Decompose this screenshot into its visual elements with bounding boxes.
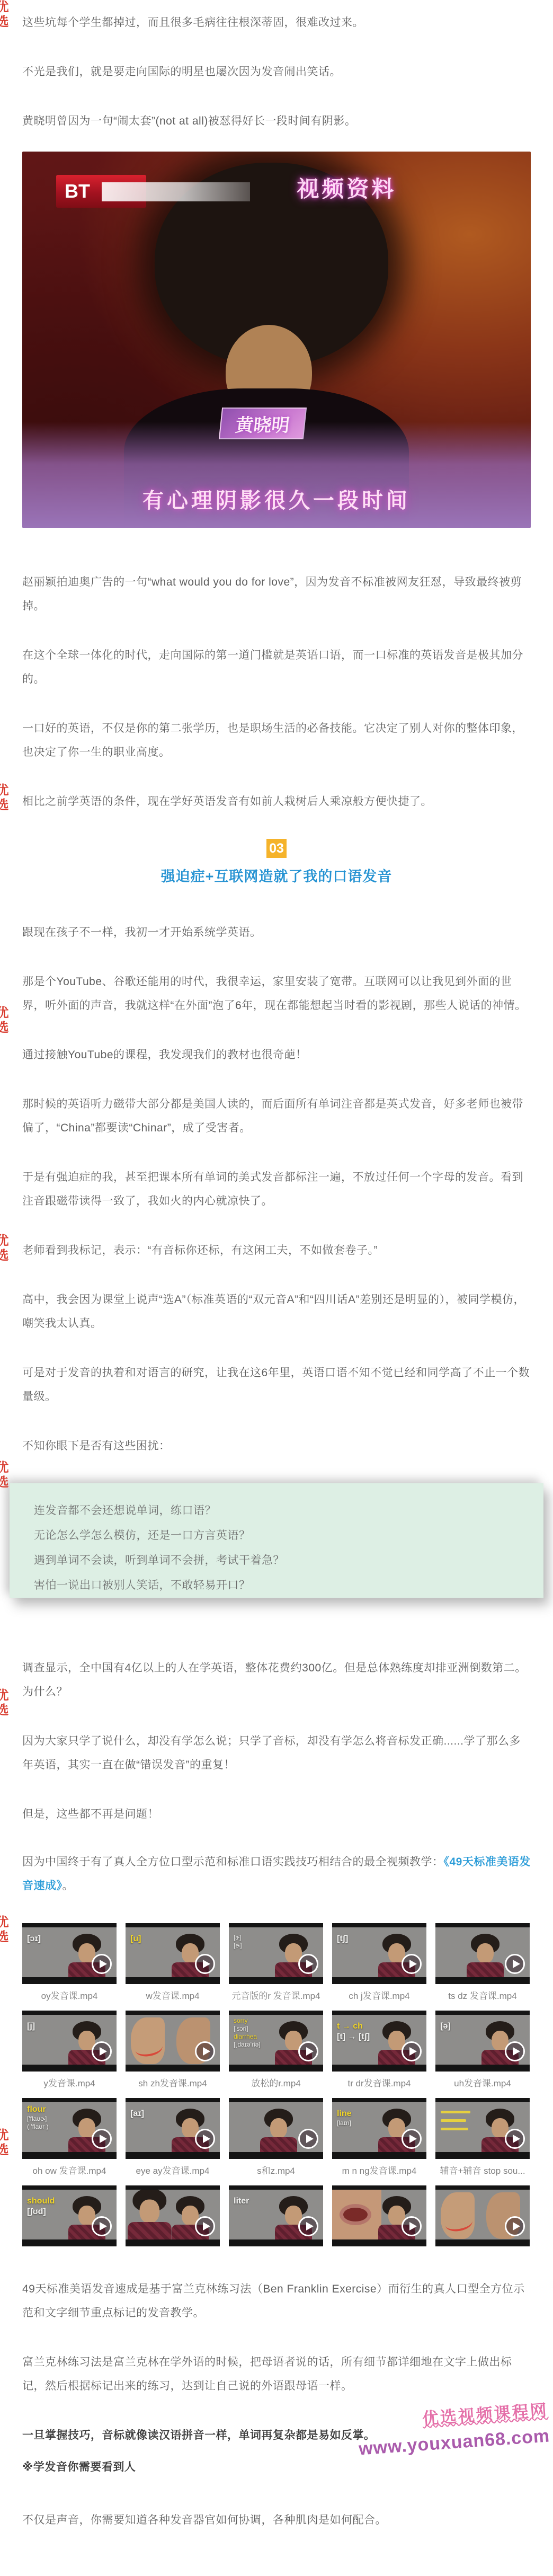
video-grid: [ɔɪ] oy发音课.mp4 [u] w发音课.mp4 <box>22 1923 531 2246</box>
thumb-caption: m n ng发音课.mp4 <box>332 2163 426 2179</box>
speaker-figure <box>128 2190 172 2239</box>
paragraph: 老师看到我标记，表示：“有音标你还标，有这闲工夫，不如做套卷子。” <box>22 1238 531 1262</box>
paragraph: ※学发音你需要看到人 <box>22 2455 531 2479</box>
grid-row: [j] y发音课.mp4 sh zh发音课.mp4 sorry['sɔr <box>22 2011 531 2092</box>
paragraph: 不光是我们，就是要走向国际的明星也屡次因为发音闹出笑话。 <box>22 60 531 84</box>
paragraph: 一口好的英语，不仅是你的第二张学历，也是职场生活的必备技能。它决定了别人对你的整… <box>22 716 531 764</box>
video-thumb[interactable]: [u] <box>126 1923 220 1984</box>
video-thumb-cell: t → ch[t] → [tʃ] tr dr发音课.mp4 <box>332 2011 426 2092</box>
video-thumb-cell: line[laɪn] m n ng发音课.mp4 <box>332 2098 426 2179</box>
phonetic-overlay: should[ʃʊd] <box>27 2196 55 2217</box>
paragraph: 因为大家只学了说什么，却没有学怎么说；只学了音标，却没有学怎么将音标发正确...… <box>22 1729 531 1777</box>
video-thumb-cell: sorry['sɔri]diarrhea[ˌdaɪə'riə] 放松的r.mp4 <box>229 2011 323 2092</box>
edge-watermark-fragment: 优选 <box>0 0 10 30</box>
phonetic-overlay: [tʃ] <box>337 1934 348 1944</box>
video-source-tag: 视频资料 <box>297 172 396 203</box>
video-thumb[interactable] <box>435 1923 530 1984</box>
video-thumb-cell: liter <box>229 2185 323 2246</box>
video-thumb[interactable] <box>435 2098 530 2159</box>
paragraph: 调查显示，全中国有4亿以上的人在学英语，整体花费约300亿。但是总体熟练度却排亚… <box>22 1656 531 1704</box>
channel-badge-strip <box>102 182 250 201</box>
paragraph: 但是，这些都不再是问题！ <box>22 1802 531 1826</box>
grid-row: [ɔɪ] oy发音课.mp4 [u] w发音课.mp4 <box>22 1923 531 2004</box>
paragraph: 49天标准美语发音速成是基于富兰克林练习法（Ben Franklin Exerc… <box>22 2277 531 2325</box>
play-icon <box>195 2216 215 2236</box>
edge-watermark-fragment: 优选 <box>0 1915 10 1945</box>
play-icon <box>402 2216 422 2236</box>
thumb-caption: eye ay发音课.mp4 <box>126 2163 220 2179</box>
video-thumb[interactable] <box>229 2098 323 2159</box>
video-thumb-cell <box>332 2185 426 2246</box>
thumb-caption: ts dz 发音课.mp4 <box>435 1988 530 2004</box>
thumb-caption: 辅音+辅音 stop sou... <box>435 2163 530 2179</box>
thumb-caption: 放松的r.mp4 <box>229 2076 323 2092</box>
pain-points-box: 连发音都不会还想说单词，练口语？ 无论怎么学怎么模仿，还是一口方言英语？ 遇到单… <box>10 1483 543 1598</box>
thumb-caption: w发音课.mp4 <box>126 1988 220 2004</box>
play-icon <box>92 2129 112 2149</box>
grid-row: should[ʃʊd] liter <box>22 2185 531 2246</box>
paragraph: 不仅是声音，你需要知道各种发音器官如何协调，各种肌肉是如何配合。 <box>22 2508 531 2532</box>
edge-watermark-fragment: 优选 <box>0 783 10 813</box>
video-thumb[interactable]: t → ch[t] → [tʃ] <box>332 2011 426 2072</box>
video-thumb-cell <box>126 2185 220 2246</box>
phonetic-overlay: [ɔɪ] <box>27 1934 41 1944</box>
paragraph: 通过接触YouTube的课程，我发现我们的教材也很奇葩！ <box>22 1043 531 1067</box>
video-thumb[interactable]: sorry['sɔri]diarrhea[ˌdaɪə'riə] <box>229 2011 323 2072</box>
video-thumb-cell: [ɔɪ] oy发音课.mp4 <box>22 1923 117 2004</box>
video-thumb[interactable]: flour['flaʊɚ]( 'flaʊr ) <box>22 2098 117 2159</box>
play-icon <box>402 1954 422 1974</box>
note-line <box>441 2128 468 2130</box>
video-thumb[interactable] <box>126 2011 220 2072</box>
play-icon <box>298 1954 318 1974</box>
play-icon <box>505 2041 525 2061</box>
phonetic-overlay: line[laɪn] <box>337 2109 352 2127</box>
video-thumb-cell: 辅音+辅音 stop sou... <box>435 2098 530 2179</box>
video-thumb-cell: sh zh发音课.mp4 <box>126 2011 220 2092</box>
thumb-caption: 元音版的r 发音课.mp4 <box>229 1988 323 2004</box>
play-icon <box>298 2041 318 2061</box>
lips <box>343 2208 368 2221</box>
play-icon <box>92 2041 112 2061</box>
note-line <box>441 2119 466 2122</box>
video-thumb[interactable]: [aɪ] <box>126 2098 220 2159</box>
thumb-caption: uh发音课.mp4 <box>435 2076 530 2092</box>
video-thumb-cell: should[ʃʊd] <box>22 2185 117 2246</box>
play-icon <box>505 2216 525 2236</box>
paragraph: 赵丽颖拍迪奥广告的一句“what would you do for love”，… <box>22 570 531 618</box>
paragraph: 可是对于发音的执着和对语言的研究，让我在这6年里，英语口语不知不觉已经和同学高了… <box>22 1361 531 1409</box>
phonetic-overlay: [aɪ] <box>130 2109 144 2119</box>
paragraph: 因为中国终于有了真人全方位口型示范和标准口语实践技巧相结合的最全视频教学：《49… <box>22 1850 531 1898</box>
video-thumb[interactable]: [tʃ] <box>332 1923 426 1984</box>
pain-point-line: 遇到单词不会读，听到单词不会拼，考试干着急？ <box>34 1548 528 1573</box>
phonetic-overlay: liter <box>234 2196 249 2207</box>
speaker-figure <box>467 1934 504 1977</box>
edge-watermark-fragment: 优选 <box>0 1460 10 1490</box>
paragraph: 那是个YouTube、谷歌还能用的时代，我很幸运，家里安装了宽带。互联网可以让我… <box>22 970 531 1017</box>
play-icon <box>195 2041 215 2061</box>
pain-point-line: 连发音都不会还想说单词，练口语？ <box>34 1498 528 1523</box>
thumb-caption: tr dr发音课.mp4 <box>332 2076 426 2092</box>
article-page: 这些坑每个学生都掉过，而且很多毛病往往根深蒂固，很难改过来。 不光是我们，就是要… <box>0 0 553 2576</box>
play-icon <box>505 2129 525 2149</box>
section-number-badge: 03 <box>266 839 287 858</box>
paragraph: 于是有强迫症的我，甚至把课本所有单词的美式发音都标注一遍，不放过任何一个字母的发… <box>22 1165 531 1213</box>
play-icon <box>505 1954 525 1974</box>
link-paragraph-prefix: 因为中国终于有了真人全方位口型示范和标准口语实践技巧相结合的最全视频教学： <box>22 1856 444 1868</box>
video-thumb[interactable]: [ə] <box>435 2011 530 2072</box>
video-thumb[interactable]: [ɝ][ɚ] <box>229 1923 323 1984</box>
paragraph: 黄晓明曾因为一句“闹太套”(not at all)被怼得好长一段时间有阴影。 <box>22 109 531 133</box>
edge-watermark-fragment: 优选 <box>0 1006 10 1035</box>
video-thumb[interactable] <box>126 2185 220 2246</box>
video-thumb-cell: [tʃ] ch j发音课.mp4 <box>332 1923 426 2004</box>
video-thumb-cell: [ə] uh发音课.mp4 <box>435 2011 530 2092</box>
paragraph: 跟现在孩子不一样，我初一才开始系统学英语。 <box>22 920 531 944</box>
paragraph: 这些坑每个学生都掉过，而且很多毛病往往根深蒂固，很难改过来。 <box>22 11 531 34</box>
edge-watermark-fragment: 优选 <box>0 1234 10 1263</box>
video-thumb-cell <box>435 2185 530 2246</box>
video-thumb[interactable]: liter <box>229 2185 323 2246</box>
edge-watermark-fragment: 优选 <box>0 1688 10 1718</box>
note-line <box>441 2111 470 2113</box>
thumb-caption: ch j发音课.mp4 <box>332 1988 426 2004</box>
name-plate: 黄晓明 <box>219 408 307 439</box>
video-thumb[interactable]: [ɔɪ] <box>22 1923 117 1984</box>
play-icon <box>402 2041 422 2061</box>
paragraph: 不知你眼下是否有这些困扰： <box>22 1434 531 1458</box>
link-paragraph-suffix: 。 <box>63 1880 74 1892</box>
thumb-caption: oy发音课.mp4 <box>22 1988 117 2004</box>
speaker-figure <box>260 2109 297 2152</box>
video-thumb-cell: s和z.mp4 <box>229 2098 323 2179</box>
phonetic-overlay: sorry['sɔri]diarrhea[ˌdaɪə'riə] <box>234 2017 261 2049</box>
video-thumb[interactable] <box>435 2185 530 2246</box>
section-header: 03 强迫症+互联网造就了我的口语发音 <box>22 839 531 886</box>
paragraph: 高中，我会因为课堂上说声“选A”（标准英语的“双元音A”和“四川话A”差别还是明… <box>22 1288 531 1335</box>
phonetic-overlay: t → ch[t] → [tʃ] <box>337 2021 370 2042</box>
thumb-caption: sh zh发音课.mp4 <box>126 2076 220 2092</box>
phonetic-overlay: flour['flaʊɚ]( 'flaʊr ) <box>27 2104 48 2131</box>
paragraph: 富兰克林练习法是富兰克林在学外语的时候，把母语者说的话，所有细节都详细地在文字上… <box>22 2350 531 2398</box>
video-thumb-cell: [u] w发音课.mp4 <box>126 1923 220 2004</box>
video-thumb-cell: [j] y发音课.mp4 <box>22 2011 117 2092</box>
grid-row: flour['flaʊɚ]( 'flaʊr ) oh ow 发音课.mp4 [a… <box>22 2098 531 2179</box>
video-thumb-cell: [aɪ] eye ay发音课.mp4 <box>126 2098 220 2179</box>
play-icon <box>195 2129 215 2149</box>
paragraph: 那时候的英语听力磁带大部分都是美国人读的，而后面所有单词注音都是英式发音，好多老… <box>22 1092 531 1140</box>
pain-point-line: 害怕一说出口被别人笑话，不敢轻易开口？ <box>34 1573 528 1598</box>
video-still[interactable]: BT 视频资料 黄晓明 有心理阴影很久一段时间 <box>22 152 531 528</box>
play-icon <box>195 1954 215 1974</box>
video-thumb[interactable] <box>332 2185 426 2246</box>
thumb-caption: oh ow 发音课.mp4 <box>22 2163 117 2179</box>
video-thumb[interactable]: line[laɪn] <box>332 2098 426 2159</box>
video-thumb-cell: flour['flaʊɚ]( 'flaʊr ) oh ow 发音课.mp4 <box>22 2098 117 2179</box>
video-thumb-cell: [ɝ][ɚ] 元音版的r 发音课.mp4 <box>229 1923 323 2004</box>
play-icon <box>92 1954 112 1974</box>
video-thumb[interactable]: [j] <box>22 2011 117 2072</box>
video-thumb[interactable]: should[ʃʊd] <box>22 2185 117 2246</box>
video-thumb-cell: ts dz 发音课.mp4 <box>435 1923 530 2004</box>
edge-watermark-fragment: 优选 <box>0 2128 10 2158</box>
paragraph: 在这个全球一体化的时代，走向国际的第一道门槛就是英语口语，而一口标准的英语发音是… <box>22 643 531 691</box>
video-subtitle: 有心理阴影很久一段时间 <box>22 484 531 514</box>
pain-point-line: 无论怎么学怎么模仿，还是一口方言英语？ <box>34 1523 528 1548</box>
phonetic-overlay: [u] <box>130 1934 141 1944</box>
phonetic-overlay: [ə] <box>440 2021 451 2032</box>
play-icon <box>298 2129 318 2149</box>
thumb-caption: y发音课.mp4 <box>22 2076 117 2092</box>
thumb-caption: s和z.mp4 <box>229 2163 323 2179</box>
phonetic-overlay: [j] <box>27 2021 35 2032</box>
play-icon <box>402 2129 422 2149</box>
section-title: 强迫症+互联网造就了我的口语发音 <box>22 867 531 886</box>
play-icon <box>92 2216 112 2236</box>
phonetic-overlay: [ɝ][ɚ] <box>234 1934 242 1950</box>
paragraph: 相比之前学英语的条件，现在学好英语发音有如前人栽树后人乘凉般方便快捷了。 <box>22 790 531 813</box>
play-icon <box>298 2216 318 2236</box>
